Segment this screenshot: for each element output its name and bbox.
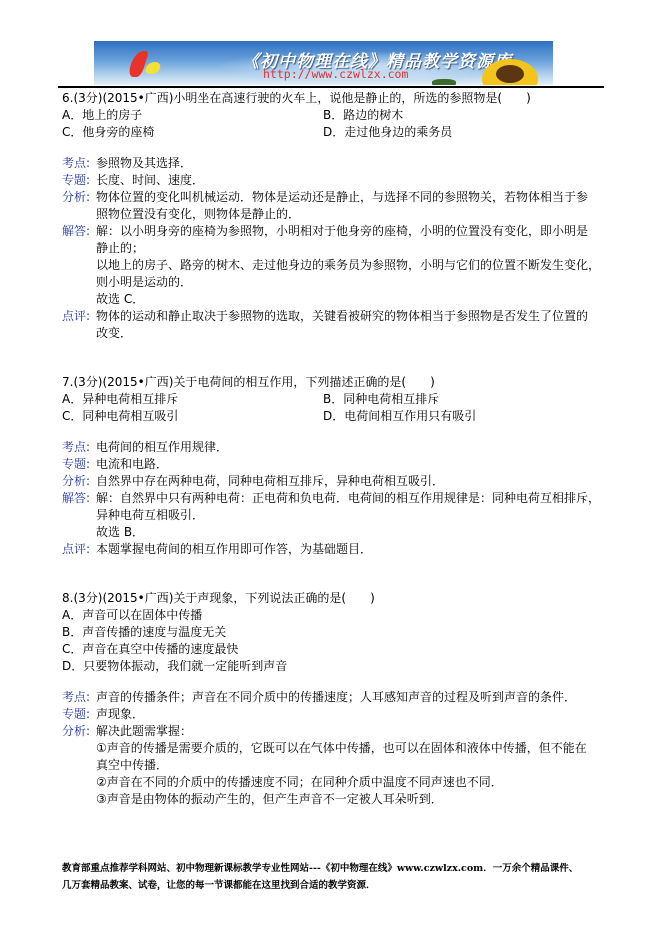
kaodian-row: 考点: 参照物及其选择． (62, 155, 602, 172)
jieda-line: 故选 C． (96, 291, 602, 308)
fenxi-line: 真空中传播． (96, 757, 602, 774)
fenxi-row: 分析: 物体位置的变化叫机械运动．物体是运动还是静止，与选择不同的参照物关，若物… (62, 189, 602, 223)
option-b: B．路边的树木 (323, 107, 602, 124)
header-banner: 《初中物理在线》精品教学资源库 http://www.czwlzx.com (94, 41, 553, 85)
kaodian-text: 声音的传播条件；声音在不同介质中的传播速度；人耳感知声音的过程及听到声音的条件． (96, 689, 602, 706)
jieda-row: 解答: 解：自然界中只有两种电荷：正电荷和负电荷．电荷间的相互作用规律是：同种电… (62, 490, 602, 541)
jieda-row: 解答: 解：以小明身旁的座椅为参照物，小明相对于他身旁的座椅，小明的位置没有变化… (62, 223, 602, 308)
jieda-line: 静止的； (96, 240, 602, 257)
jieda-line: 则小明是运动的． (96, 274, 602, 291)
options-list: A．声音可以在固体中传播 B．声音传播的速度与温度无关 C．声音在真空中传播的速… (62, 607, 602, 675)
jieda-line: 异种电荷互相吸引． (96, 507, 602, 524)
zhuanti-row: 专题: 电流和电路． (62, 456, 602, 473)
zhuanti-text: 声现象． (96, 706, 602, 723)
kaodian-text: 电荷间的相互作用规律． (96, 439, 602, 456)
zhuanti-label: 专题: (62, 172, 96, 189)
kaodian-label: 考点: (62, 439, 96, 456)
jieda-label: 解答: (62, 490, 96, 541)
option-c: C．他身旁的座椅 (62, 124, 323, 141)
jieda-line: 解：自然界中只有两种电荷：正电荷和负电荷．电荷间的相互作用规律是：同种电荷互相排… (96, 490, 602, 507)
sunflower-icon (482, 59, 538, 85)
kaodian-label: 考点: (62, 689, 96, 706)
option-c: C．声音在真空中传播的速度最快 (62, 641, 602, 658)
footer-line: 几万套精品教案、试卷，让您的每一节课都能在这里找到合适的教学资源． (62, 877, 607, 894)
zhuanti-row: 专题: 长度、时间、速度． (62, 172, 602, 189)
question-8: 8.(3分)(2015•广西)关于声现象，下列说法正确的是( ) A．声音可以在… (62, 590, 602, 808)
fenxi-line: ③声音是由物体的振动产生的，但产生声音不一定被人耳朵听到． (96, 791, 602, 808)
option-b: B．声音传播的速度与温度无关 (62, 624, 602, 641)
options-grid: A．地上的房子 B．路边的树木 C．他身旁的座椅 D．走过他身边的乘务员 (62, 107, 602, 141)
zhuanti-row: 专题: 声现象． (62, 706, 602, 723)
dianping-row: 点评: 本题掌握电荷间的相互作用即可作答，为基础题目． (62, 541, 602, 558)
options-grid: A．异种电荷相互排斥 B．同种电荷相互排斥 C．同种电荷相互吸引 D．电荷间相互… (62, 391, 602, 425)
fenxi-line: 物体位置的变化叫机械运动．物体是运动还是静止，与选择不同的参照物关，若物体相当于… (96, 189, 602, 206)
question-7: 7.(3分)(2015•广西)关于电荷间的相互作用，下列描述正确的是( ) A．… (62, 374, 602, 558)
zhuanti-text: 长度、时间、速度． (96, 172, 602, 189)
banner-url[interactable]: http://www.czwlzx.com (263, 67, 408, 81)
dianping-line: 本题掌握电荷间的相互作用即可作答，为基础题目． (96, 541, 602, 558)
kaodian-text: 参照物及其选择． (96, 155, 602, 172)
kaodian-label: 考点: (62, 155, 96, 172)
header-divider (58, 86, 604, 88)
option-d: D．只要物体振动，我们就一定能听到声音 (62, 658, 602, 675)
option-a: A．地上的房子 (62, 107, 323, 124)
fenxi-label: 分析: (62, 473, 96, 490)
dianping-line: 物体的运动和静止取决于参照物的选取，关键看被研究的物体相当于参照物是否发生了位置… (96, 308, 602, 325)
fenxi-line: ①声音的传播是需要介质的，它既可以在气体中传播，也可以在固体和液体中传播，但不能… (96, 740, 602, 757)
page-footer: 教育部重点推荐学科网站、初中物理新课标教学专业性网站---《初中物理在线》www… (62, 860, 607, 894)
option-a: A．声音可以在固体中传播 (62, 607, 602, 624)
option-c: C．同种电荷相互吸引 (62, 408, 323, 425)
logo-accent-icon (144, 62, 162, 74)
question-6: 6.(3分)(2015•广西)小明坐在高速行驶的火车上，说他是静止的，所选的参照… (62, 90, 602, 342)
jieda-line: 解：以小明身旁的座椅为参照物，小明相对于他身旁的座椅，小明的位置没有变化，即小明… (96, 223, 602, 240)
fenxi-row: 分析: 解决此题需掌握： ①声音的传播是需要介质的，它既可以在气体中传播，也可以… (62, 723, 602, 808)
question-header: 6.(3分)(2015•广西)小明坐在高速行驶的火车上，说他是静止的，所选的参照… (62, 90, 602, 107)
fenxi-line: ②声音在不同的介质中的传播速度不同；在同种介质中温度不同声速也不同． (96, 774, 602, 791)
zhuanti-label: 专题: (62, 456, 96, 473)
fenxi-label: 分析: (62, 723, 96, 808)
jieda-line: 故选 B． (96, 524, 602, 541)
dianping-row: 点评: 物体的运动和静止取决于参照物的选取，关键看被研究的物体相当于参照物是否发… (62, 308, 602, 342)
option-d: D．电荷间相互作用只有吸引 (323, 408, 602, 425)
document-body: 6.(3分)(2015•广西)小明坐在高速行驶的火车上，说他是静止的，所选的参照… (62, 90, 602, 808)
dianping-line: 改变． (96, 325, 602, 342)
fenxi-line: 自然界中存在两种电荷，同种电荷相互排斥，异种电荷相互吸引． (96, 473, 602, 490)
fenxi-line: 解决此题需掌握： (96, 723, 602, 740)
fenxi-line: 照物位置没有变化，则物体是静止的． (96, 206, 602, 223)
question-header: 8.(3分)(2015•广西)关于声现象，下列说法正确的是( ) (62, 590, 602, 607)
footer-line: 教育部重点推荐学科网站、初中物理新课标教学专业性网站---《初中物理在线》www… (62, 860, 607, 877)
jieda-line: 以地上的房子、路旁的树木、走过他身边的乘务员为参照物，小明与它们的位置不断发生变… (96, 257, 602, 274)
option-a: A．异种电荷相互排斥 (62, 391, 323, 408)
dianping-label: 点评: (62, 308, 96, 342)
option-b: B．同种电荷相互排斥 (323, 391, 602, 408)
kaodian-row: 考点: 声音的传播条件；声音在不同介质中的传播速度；人耳感知声音的过程及听到声音… (62, 689, 602, 706)
leaves-decoration (432, 79, 456, 85)
jieda-label: 解答: (62, 223, 96, 308)
kaodian-row: 考点: 电荷间的相互作用规律． (62, 439, 602, 456)
fenxi-label: 分析: (62, 189, 96, 223)
zhuanti-label: 专题: (62, 706, 96, 723)
option-d: D．走过他身边的乘务员 (323, 124, 602, 141)
fenxi-row: 分析: 自然界中存在两种电荷，同种电荷相互排斥，异种电荷相互吸引． (62, 473, 602, 490)
dianping-label: 点评: (62, 541, 96, 558)
zhuanti-text: 电流和电路． (96, 456, 602, 473)
question-header: 7.(3分)(2015•广西)关于电荷间的相互作用，下列描述正确的是( ) (62, 374, 602, 391)
